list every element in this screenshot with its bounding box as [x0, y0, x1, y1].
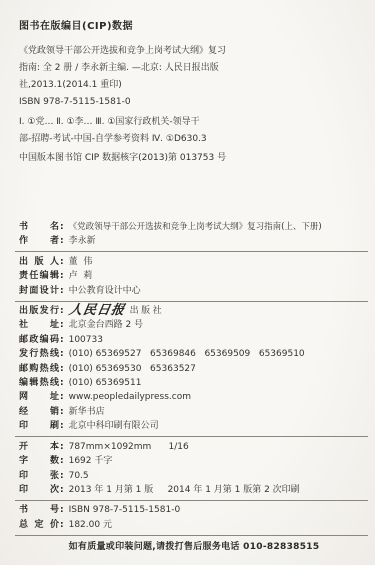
- info-value: 新华书店: [69, 407, 105, 417]
- cip-paragraph: 《党政领导干部公开选拔和竞争上岗考试大纲》复习 指南: 全 2 册 / 李永新主…: [19, 43, 369, 111]
- info-row-postcode: 邮政编码:100733: [19, 333, 369, 347]
- colon: :: [60, 236, 64, 246]
- info-row-edition: 印次:2013 年 1 月第 1 版 2014 年 1 月第 1 版第 2 次印…: [19, 483, 369, 497]
- info-row-website: 网址:www.peopledailypress.com: [19, 390, 369, 404]
- info-row-publisher-person: 出版人:董 伟: [19, 255, 369, 269]
- info-row-editor: 责任编辑:卢 莉: [19, 269, 369, 283]
- info-label: 经销: [19, 405, 59, 419]
- info-label: 社址: [19, 318, 59, 332]
- info-label: 书名: [19, 220, 59, 234]
- colon: :: [60, 407, 64, 417]
- colon: :: [60, 320, 64, 330]
- cip-paragraph-line: 《党政领导干部公开选拔和竞争上岗考试大纲》复习: [19, 43, 369, 60]
- people-daily-logo: 人民日报: [67, 304, 125, 317]
- info-row-editorial-hotline: 编辑热线:(010) 65369511: [19, 376, 369, 390]
- info-label: 发行热线: [19, 347, 59, 361]
- info-value: 北京中科印刷有限公司: [69, 421, 159, 431]
- info-value: 182.00 元: [69, 520, 112, 530]
- colon: :: [60, 456, 64, 466]
- colon: :: [60, 520, 64, 530]
- divider: [15, 251, 368, 252]
- info-value: 《党政领导干部公开选拔和竞争上岗考试大纲》复习指南(上、下册): [69, 222, 322, 232]
- service-notice: 如有质量或印装问题,请拨打售后服务电话 010-82838515: [19, 539, 369, 552]
- info-label: 编辑热线: [19, 376, 59, 390]
- info-label: 字数: [19, 454, 59, 468]
- info-value: 70.5: [69, 471, 89, 481]
- info-value: www.peopledailypress.com: [69, 392, 191, 402]
- info-value: 北京金台西路 2 号: [69, 320, 143, 330]
- info-value: (010) 65369511: [69, 378, 142, 388]
- publication-info-table: 书名:《党政领导干部公开选拔和竞争上岗考试大纲》复习指南(上、下册) 作者:李永…: [19, 220, 369, 536]
- divider: [15, 535, 368, 536]
- info-label: 出版人: [19, 255, 59, 269]
- info-value: 100733: [69, 335, 103, 345]
- divider: [15, 301, 368, 302]
- colon: :: [60, 421, 64, 431]
- info-label: 网址: [19, 390, 59, 404]
- info-label: 邮购热线: [19, 362, 59, 376]
- cip-paragraph-line: 社,2013.1(2014.1 重印): [19, 77, 369, 94]
- colon: :: [60, 378, 64, 388]
- colon: :: [60, 505, 64, 515]
- info-value: 李永新: [69, 236, 96, 246]
- info-row-mailorder-hotline: 邮购热线:(010) 65369530 65363527: [19, 362, 369, 376]
- info-label: 书号: [19, 503, 59, 517]
- info-value: 卢 莉: [69, 271, 93, 281]
- info-row-address: 社址:北京金台西路 2 号: [19, 318, 369, 332]
- info-row-book-title: 书名:《党政领导干部公开选拔和竞争上岗考试大纲》复习指南(上、下册): [19, 220, 369, 234]
- cip-paragraph-line: 指南: 全 2 册 / 李永新主编. —北京: 人民日报出版: [19, 60, 369, 77]
- info-label: 出版发行: [19, 304, 59, 318]
- info-label: 总定价: [19, 518, 59, 532]
- colon: :: [60, 392, 64, 402]
- colon: :: [60, 349, 64, 359]
- info-label: 封面设计: [19, 284, 59, 298]
- colon: :: [60, 335, 64, 345]
- info-value: 董 伟: [69, 257, 93, 267]
- info-value: 1692 千字: [69, 456, 113, 466]
- info-value: (010) 65369527 65369846 65369509 6536951…: [69, 349, 305, 359]
- info-label: 印刷: [19, 419, 59, 433]
- info-value: 人民日报出版社: [69, 306, 165, 316]
- colon: :: [60, 286, 64, 296]
- cip-record-number: 中国版本图书馆 CIP 数据核字(2013)第 013753 号: [19, 150, 369, 167]
- info-row-distribution-hotline: 发行热线:(010) 65369527 65369846 65369509 65…: [19, 347, 369, 361]
- colon: :: [60, 485, 64, 495]
- info-row-word-count: 字数:1692 千字: [19, 454, 369, 468]
- colon: :: [60, 364, 64, 374]
- cip-classification: Ⅰ. ①党… Ⅱ. ①李… Ⅲ. ①国家行政机关-领导干 部-招聘-考试-中国-…: [19, 114, 369, 148]
- colon: :: [60, 471, 64, 481]
- info-value: ISBN 978-7-5115-1581-0: [69, 505, 181, 515]
- info-value: 787mm×1092mm 1/16: [69, 442, 189, 452]
- info-row-format: 开本:787mm×1092mm 1/16: [19, 440, 369, 454]
- info-label: 邮政编码: [19, 333, 59, 347]
- cip-classification-line: 部-招聘-考试-中国-自学参考资料 Ⅳ. ①D630.3: [19, 131, 369, 148]
- colon: :: [60, 442, 64, 452]
- info-row-isbn: 书号:ISBN 978-7-5115-1581-0: [19, 503, 369, 517]
- colon: :: [60, 306, 64, 316]
- info-label: 作者: [19, 234, 59, 248]
- info-row-sheets: 印张:70.5: [19, 469, 369, 483]
- info-label: 印次: [19, 483, 59, 497]
- cip-isbn-line: ISBN 978-7-5115-1581-0: [19, 94, 369, 111]
- info-label: 印张: [19, 469, 59, 483]
- cip-classification-line: Ⅰ. ①党… Ⅱ. ①李… Ⅲ. ①国家行政机关-领导干: [19, 114, 369, 131]
- copyright-page: 图书在版编目(CIP)数据 《党政领导干部公开选拔和竞争上岗考试大纲》复习 指南…: [0, 0, 375, 565]
- divider: [15, 500, 368, 501]
- colon: :: [60, 222, 64, 232]
- colon: :: [60, 271, 64, 281]
- info-row-printer: 印刷:北京中科印刷有限公司: [19, 419, 369, 433]
- info-label: 开本: [19, 440, 59, 454]
- cip-heading: 图书在版编目(CIP)数据: [19, 20, 369, 34]
- info-value: 2013 年 1 月第 1 版 2014 年 1 月第 1 版第 2 次印刷: [69, 485, 300, 495]
- info-value: 中公教育设计中心: [69, 286, 141, 296]
- info-row-total-price: 总定价:182.00 元: [19, 518, 369, 532]
- colon: :: [60, 257, 64, 267]
- info-row-cover-design: 封面设计:中公教育设计中心: [19, 284, 369, 298]
- info-label: 责任编辑: [19, 269, 59, 283]
- info-row-distributor: 经销:新华书店: [19, 405, 369, 419]
- info-row-author: 作者:李永新: [19, 234, 369, 248]
- info-row-publishing-house: 出版发行:人民日报出版社: [19, 304, 369, 318]
- divider: [15, 436, 368, 437]
- info-value: (010) 65369530 65363527: [69, 364, 196, 374]
- publisher-suffix: 出版社: [130, 306, 165, 316]
